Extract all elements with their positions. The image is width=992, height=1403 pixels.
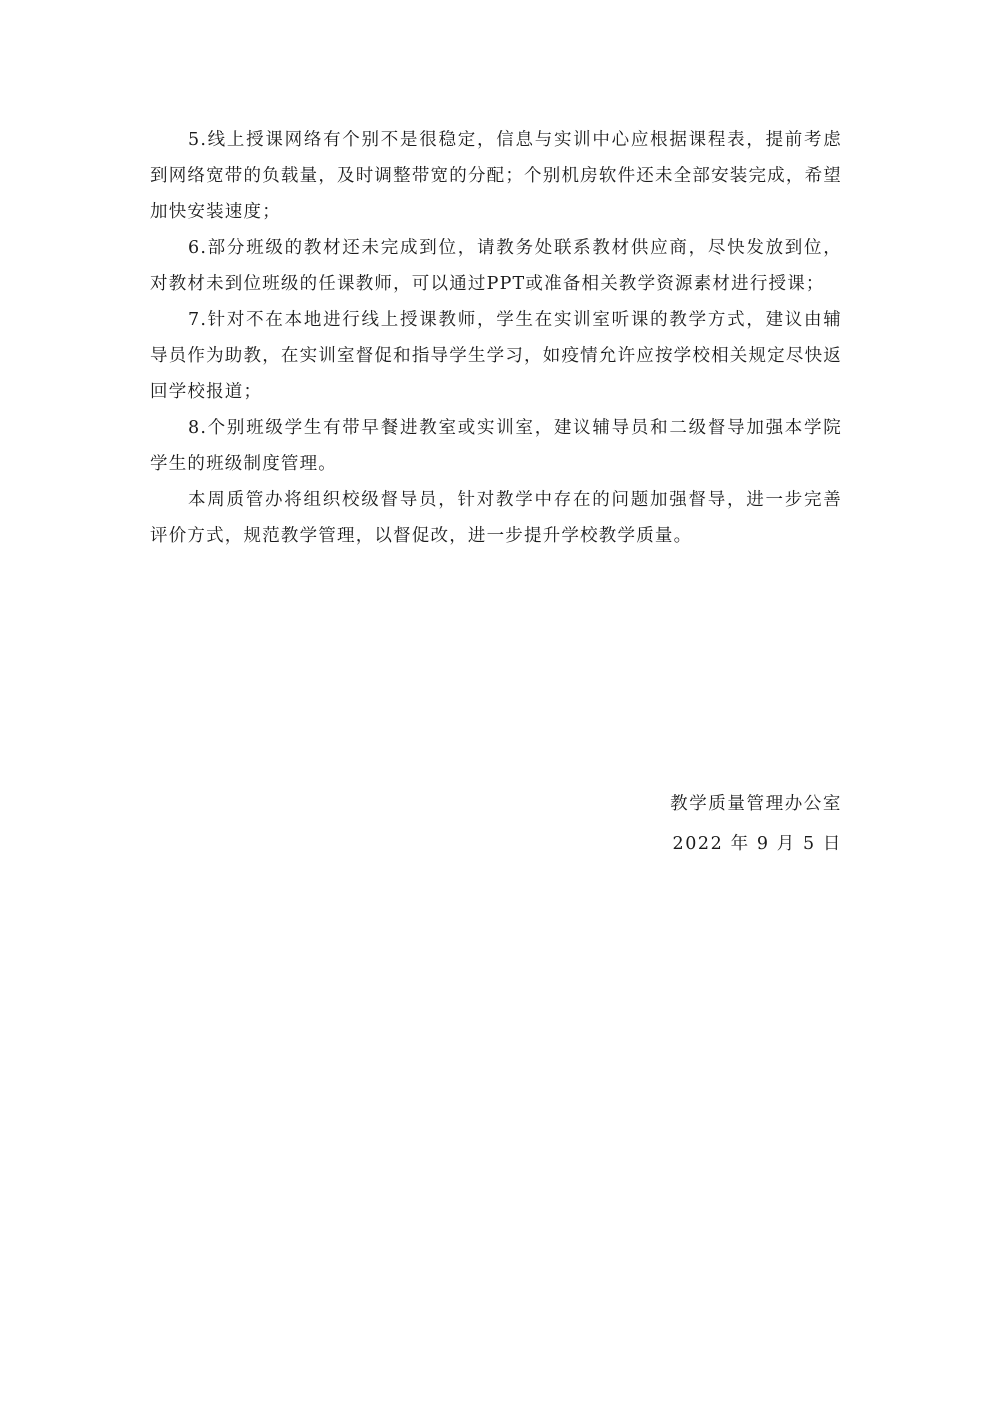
signature-organization: 教学质量管理办公室 [670,790,842,815]
paragraph-item-6: 6.部分班级的教材还未完成到位，请教务处联系教材供应商，尽快发放到位，对教材未到… [150,230,842,302]
paragraph-closing: 本周质管办将组织校级督导员，针对教学中存在的问题加强督导，进一步完善评价方式，规… [150,482,842,554]
paragraph-item-8: 8.个别班级学生有带早餐进教室或实训室，建议辅导员和二级督导加强本学院学生的班级… [150,410,842,482]
paragraph-item-5: 5.线上授课网络有个别不是很稳定，信息与实训中心应根据课程表，提前考虑到网络宽带… [150,122,842,230]
document-page: 5.线上授课网络有个别不是很稳定，信息与实训中心应根据课程表，提前考虑到网络宽带… [0,0,992,1403]
signature-date: 2022 年 9 月 5 日 [672,830,842,855]
paragraph-item-7: 7.针对不在本地进行线上授课教师，学生在实训室听课的教学方式，建议由辅导员作为助… [150,302,842,410]
document-body: 5.线上授课网络有个别不是很稳定，信息与实训中心应根据课程表，提前考虑到网络宽带… [150,122,842,554]
